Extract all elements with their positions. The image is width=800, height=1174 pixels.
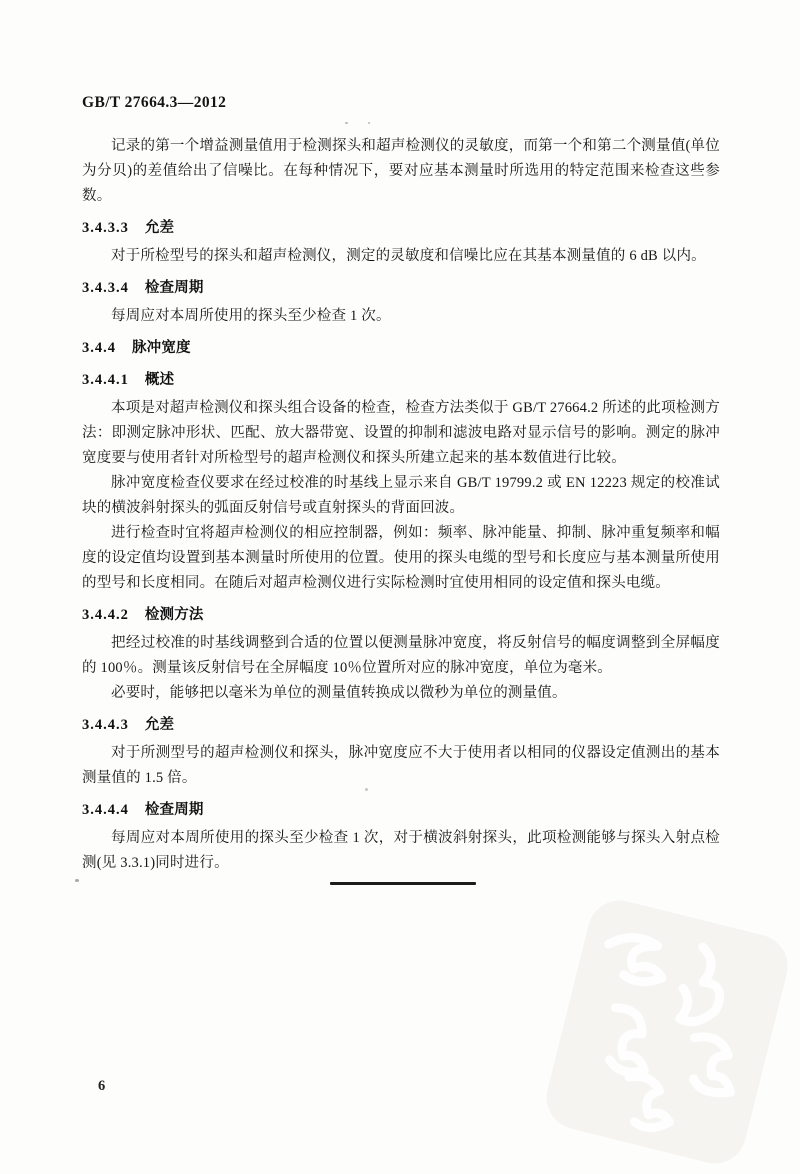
section-paragraph: 每周应对本周所使用的探头至少检查 1 次。	[82, 304, 720, 329]
section-paragraph: 本项是对超声检测仪和探头组合设备的检查，检查方法类似于 GB/T 27664.2…	[82, 396, 720, 471]
section-paragraph: 脉冲宽度检查仪要求在经过校准的时基线上显示来自 GB/T 19799.2 或 E…	[82, 471, 720, 521]
page-number: 6	[98, 1078, 105, 1095]
section-paragraph: 把经过校准的时基线调整到合适的位置以便测量脉冲宽度，将反射信号的幅度调整到全屏幅…	[82, 631, 720, 681]
section-title: 检查周期	[145, 802, 204, 818]
section-paragraph: 进行检查时宜将超声检测仪的相应控制器，例如：频率、脉冲能量、抑制、脉冲重复频率和…	[82, 521, 720, 596]
scan-artifact-dot	[75, 879, 79, 882]
page-content: GB/T 27664.3—2012 记录的第一个增益测量值用于检测探头和超声检测…	[82, 92, 720, 876]
section-title: 检查周期	[145, 280, 204, 296]
section-number: 3.4.4.3	[82, 717, 129, 733]
seal-stamp-watermark	[542, 900, 800, 1174]
section-title: 允差	[145, 220, 174, 236]
section-number: 3.4.3.3	[82, 220, 129, 236]
section-paragraph: 对于所检型号的探头和超声检测仪，测定的灵敏度和信噪比应在其基本测量值的 6 dB…	[82, 244, 720, 269]
section-title: 概述	[145, 372, 174, 388]
section-number: 3.4.4.2	[82, 607, 129, 623]
document-page: GB/T 27664.3—2012 记录的第一个增益测量值用于检测探头和超声检测…	[0, 0, 800, 1174]
end-of-text-rule	[330, 882, 476, 885]
section-number: 3.4.4	[82, 340, 116, 356]
scan-artifact-dot	[365, 788, 368, 791]
section-paragraph: 对于所测型号的超声检测仪和探头，脉冲宽度应不大于使用者以相同的仪器设定值测出的基…	[82, 741, 720, 791]
section-paragraph: 必要时，能够把以毫米为单位的测量值转换成以微秒为单位的测量值。	[82, 681, 720, 706]
section-heading-3442: 3.4.4.2检测方法	[82, 603, 720, 628]
section-heading-3433: 3.4.3.3允差	[82, 216, 720, 241]
section-number: 3.4.3.4	[82, 280, 129, 296]
intro-paragraph: 记录的第一个增益测量值用于检测探头和超声检测仪的灵敏度，而第一个和第二个测量值(…	[82, 134, 720, 209]
standard-number-header: GB/T 27664.3—2012	[82, 92, 720, 114]
scan-artifact-dot	[368, 122, 370, 124]
section-heading-3443: 3.4.4.3允差	[82, 713, 720, 738]
section-title: 检测方法	[145, 607, 204, 623]
section-title: 脉冲宽度	[132, 340, 191, 356]
scan-artifact-dot	[345, 122, 348, 124]
section-heading-3444: 3.4.4.4检查周期	[82, 798, 720, 823]
section-paragraph: 每周应对本周所使用的探头至少检查 1 次，对于横波斜射探头，此项检测能够与探头入…	[82, 826, 720, 876]
section-heading-3434: 3.4.3.4检查周期	[82, 276, 720, 301]
section-heading-3441: 3.4.4.1概述	[82, 368, 720, 393]
section-number: 3.4.4.4	[82, 802, 129, 818]
section-number: 3.4.4.1	[82, 372, 129, 388]
section-title: 允差	[145, 717, 174, 733]
section-heading-344: 3.4.4脉冲宽度	[82, 336, 720, 361]
